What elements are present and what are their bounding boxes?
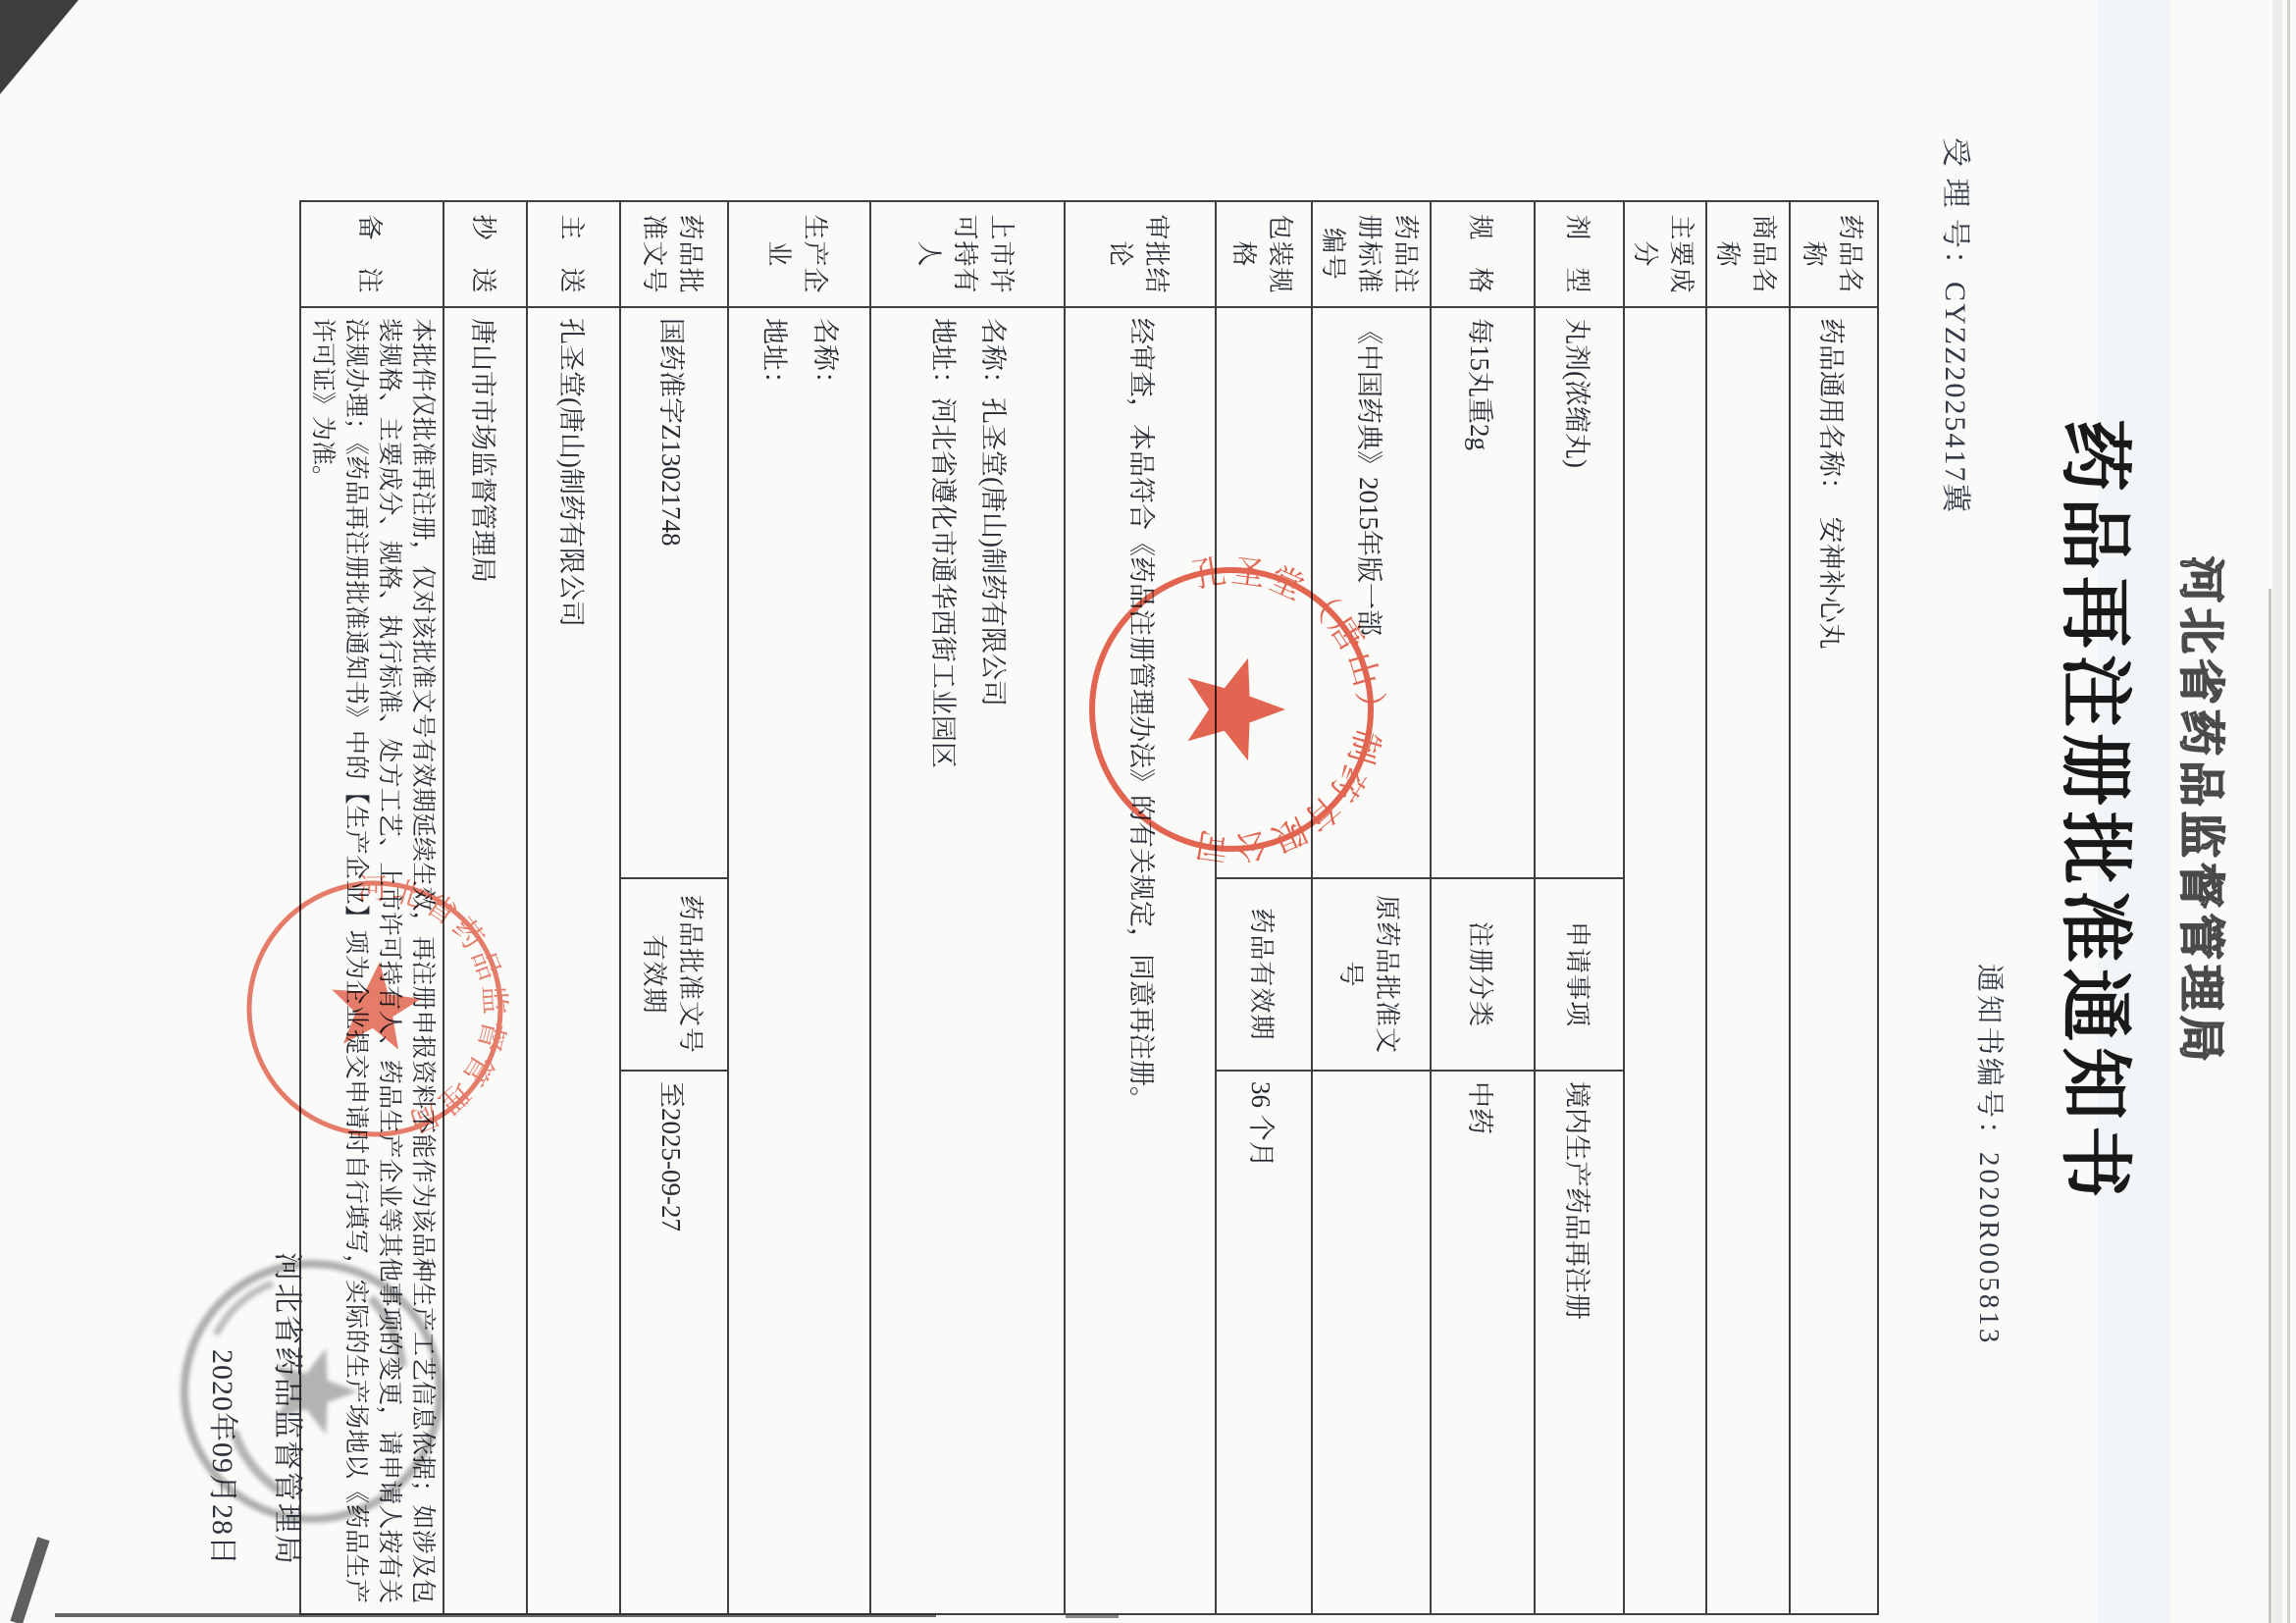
- issue-date: 2020年09月28日: [204, 1252, 247, 1566]
- field-label: 剂 型: [1535, 201, 1624, 307]
- field-value: 丸剂(浓缩丸): [1535, 307, 1624, 878]
- table-row: 包装规格 药品有效期 36 个月: [1216, 201, 1312, 1614]
- field-label: 备 注: [300, 201, 444, 307]
- signature-block: 河北省药品监督管理局 2020年09月28日: [204, 1252, 312, 1566]
- scan-edge-artifact: [2269, 589, 2271, 1623]
- acceptance-label: 受 理 号：: [1939, 137, 1971, 282]
- scanned-document-image: { "colors": { "seal_red": "#dc4a32", "in…: [0, 0, 2296, 1623]
- field-value: 至2025-09-27: [620, 1071, 728, 1614]
- table-row: 剂 型 丸剂(浓缩丸) 申请事项 境内生产药品再注册: [1535, 201, 1624, 1614]
- field-label: 注册分类: [1431, 878, 1535, 1071]
- table-row: 药品名称 药品通用名称： 安神补心丸: [1790, 201, 1878, 1614]
- field-value: [1312, 1071, 1431, 1614]
- field-label: 主 送: [527, 201, 620, 307]
- field-value: 名称： 地址：: [728, 307, 870, 1614]
- table-row: 抄 送 唐山市市场监督管理局: [444, 201, 527, 1614]
- table-row: 生产企业 名称： 地址：: [728, 201, 870, 1614]
- table-row: 主 送 孔圣堂(唐山)制药有限公司: [527, 201, 620, 1614]
- field-label: 审批结论: [1065, 201, 1216, 307]
- notice-number-value: 2020R005813: [1973, 1152, 2005, 1345]
- table-row: 商品名称: [1706, 201, 1790, 1614]
- field-value: [1624, 307, 1706, 1614]
- field-label: 药品有效期: [1216, 878, 1312, 1071]
- field-value: [1216, 307, 1312, 878]
- field-label: 药品批准文号: [620, 201, 728, 307]
- field-label: 原药品批准文号: [1312, 878, 1431, 1071]
- remarks-text: 本批件仅批准再注册，仅对该批准文号有效期延续生效，再注册申报资料不能作为该品种生…: [300, 307, 444, 1614]
- manufacturer-name: 名称：: [800, 318, 850, 1603]
- issuing-agency: 河北省药品监督管理局: [269, 1252, 312, 1566]
- document-title: 药品再注册批准通知书: [2049, 0, 2153, 1623]
- field-value: 中药: [1431, 1071, 1535, 1614]
- field-label: 药品名称: [1790, 201, 1878, 307]
- field-label: 商品名称: [1706, 201, 1790, 307]
- field-label: 规 格: [1431, 201, 1535, 307]
- table-row: 审批结论 经审查，本品符合《药品注册管理办法》的有关规定，同意再注册。: [1065, 201, 1216, 1614]
- table-row: 上市许可持有人 名称：孔圣堂(唐山)制药有限公司 地址：河北省遵化市通华西街工业…: [870, 201, 1065, 1614]
- scan-corner-artifact: [0, 0, 78, 94]
- notice-number: 通知书编号：2020R005813: [1971, 964, 2011, 1345]
- scan-edge-artifact: [55, 1613, 936, 1617]
- field-label: 申请事项: [1535, 878, 1624, 1071]
- field-value: 孔圣堂(唐山)制药有限公司: [527, 307, 620, 1614]
- field-value: 药品通用名称： 安神补心丸: [1790, 307, 1878, 1614]
- field-label: 药品批准文号有效期: [620, 878, 728, 1071]
- field-label: 包装规格: [1216, 201, 1312, 307]
- field-value: 国药准字Z13021748: [620, 307, 728, 878]
- agency-title: 河北省药品监督管理局: [2171, 0, 2237, 1623]
- table-row: 备 注 本批件仅批准再注册，仅对该批准文号有效期延续生效，再注册申报资料不能作为…: [300, 201, 444, 1614]
- table-row: 主要成分: [1624, 201, 1706, 1614]
- field-value: 境内生产药品再注册: [1535, 1071, 1624, 1614]
- manufacturer-address: 地址：: [749, 318, 799, 1603]
- table-row: 药品注册标准编号 《中国药典》2015年版一部 原药品批准文号: [1312, 201, 1431, 1614]
- field-value: 名称：孔圣堂(唐山)制药有限公司 地址：河北省遵化市通华西街工业园区: [870, 307, 1065, 1614]
- field-value: [1706, 307, 1790, 1614]
- field-value: 36 个月: [1216, 1071, 1312, 1614]
- scan-edge-artifact: [1066, 1615, 1119, 1618]
- field-value: 每15丸重2g: [1431, 307, 1535, 878]
- notice-number-label: 通知书编号：: [1973, 964, 2005, 1152]
- field-label: 上市许可持有人: [870, 201, 1065, 307]
- holder-name: 名称：孔圣堂(唐山)制药有限公司: [967, 318, 1018, 1603]
- table-row: 规 格 每15丸重2g 注册分类 中药: [1431, 201, 1535, 1614]
- field-value: 《中国药典》2015年版一部: [1312, 307, 1431, 878]
- field-label: 生产企业: [728, 201, 870, 307]
- scan-tint: [2272, 0, 2282, 1623]
- acceptance-number: 受 理 号：CYZZ2025417冀: [1937, 137, 1980, 514]
- document-page: 受 理 号：CYZZ2025417冀 河北省药品监督管理局 药品再注册批准通知书…: [0, 0, 2296, 1623]
- field-value: 唐山市市场监督管理局: [444, 307, 527, 1614]
- registration-table: 药品名称 药品通用名称： 安神补心丸 商品名称 主要成分 剂 型 丸剂(浓缩丸)…: [299, 200, 1879, 1615]
- field-label: 主要成分: [1624, 201, 1706, 307]
- scan-edge-artifact: [2287, 0, 2290, 1623]
- field-value: 经审查，本品符合《药品注册管理办法》的有关规定，同意再注册。: [1065, 307, 1216, 1614]
- acceptance-value: CYZZ2025417冀: [1939, 282, 1971, 514]
- field-label: 药品注册标准编号: [1312, 201, 1431, 307]
- table-row: 药品批准文号 国药准字Z13021748 药品批准文号有效期 至2025-09-…: [620, 201, 728, 1614]
- holder-address: 地址：河北省遵化市通华西街工业园区: [917, 318, 967, 1603]
- field-label: 抄 送: [444, 201, 527, 307]
